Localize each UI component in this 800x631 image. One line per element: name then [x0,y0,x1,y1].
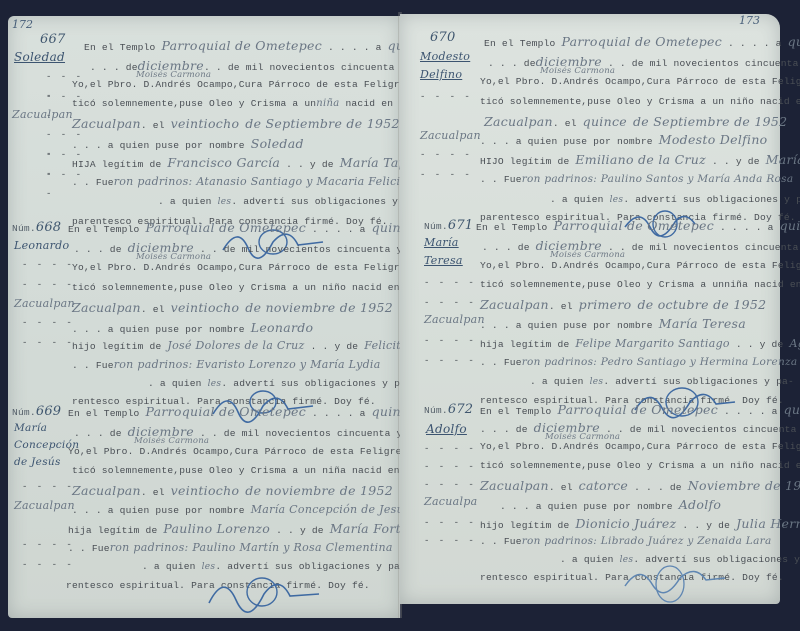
typed-text: de [557,520,569,531]
baptism-day: quince [784,402,800,417]
typed-text: . . de mil novecientos cincuenta y [608,242,800,253]
birth-day: veintiocho [171,116,240,131]
father-name: Emiliano de la Cruz [575,152,706,167]
typed-text: . el [553,118,577,129]
typed-text: . a quien [550,194,604,205]
temple-name: Parroquial de Ometepec [145,220,306,235]
typed-text: . . . . a [328,42,382,53]
baptism-day: quince [788,34,800,49]
birth-day: primero [579,297,632,312]
child-gender: niña [316,98,339,109]
typed-text: . a quien [530,376,584,387]
typed-text: ticó solemnemente,puse Oleo y Crisma a u… [72,282,316,293]
typed-text: . advertí sus obligaciones y pa- [231,196,422,207]
typed-text: ticó solemnemente,puse Oleo y Crisma a u… [480,96,724,107]
sign-note: les [218,197,232,207]
typed-text: . . . . a [312,224,366,235]
margin-dashes: - - - - [424,332,476,351]
typed-text: . el [549,301,573,312]
priest-signature [204,568,324,618]
typed-text: . . . de [74,244,122,255]
typed-text: nacid [352,465,382,476]
entry-number: 668 [36,220,61,235]
typed-text: En el Templo [476,222,548,233]
margin-place: Zacualpan [14,294,75,313]
page-folio-number: 173 [739,14,760,27]
typed-text: En el Templo [68,408,140,419]
typed-text: de [149,341,161,352]
given-name: María Concepción de Jesús [251,503,410,516]
mother-name: Agustina de Jesús [789,337,800,350]
margin-place: Zacualpan [424,310,485,329]
margin-dashes: - - - - [424,352,476,371]
birth-day: quince [583,114,627,129]
margin-place: Zacualpan [12,105,73,124]
margin-name: Modesto Delfino [420,48,480,84]
margin-dashes: - - - - [22,478,74,497]
typed-text: . . . a quien puse por nombre [72,505,245,516]
typed-text: nacid [760,96,790,107]
birthplace: Zacualpan [480,297,549,312]
child-role: hijo [72,341,96,352]
godparents: ron padrinos: Pedro Santiago y Hermina L… [522,356,798,368]
birth-day: catorce [579,478,628,493]
typed-text: Yo,el Pbro. D.Andrés Ocampo,Cura Párroco… [68,442,449,461]
typed-text: . . de mil novecientos cincuenta y [200,428,403,439]
margin-name: Adolfo [426,420,467,439]
child-gender: niño [322,282,346,293]
mother-name: María Margarita [766,152,800,167]
typed-text: . . y de [682,520,730,531]
godparents: ron padrinos: Librado Juárez y Zenaida L… [522,535,772,547]
birth-date: Noviembre de 1952 [688,478,800,493]
typed-text: . . . de [634,482,682,493]
entry-number: 669 [36,404,61,419]
typed-text: legítim [510,339,552,350]
num-label: Núm. [424,221,448,232]
typed-text: en . . . [790,279,800,290]
typed-text: . . . de [480,424,528,435]
typed-text: . a quien [560,554,614,565]
typed-text: Yo,el Pbro. D.Andrés Ocampo,Cura Párroco… [72,258,453,277]
margin-name: María Concepción de Jesús [14,420,74,471]
typed-text: . . . . a [312,408,366,419]
typed-text: en . . . [796,460,800,471]
margin-dashes: - - - - [424,440,476,459]
page-folio-number: 172 [12,18,33,31]
typed-text: . . . de [90,62,138,73]
typed-text: nacid [754,279,784,290]
child-gender: niño [730,96,754,107]
typed-text: . el [141,487,165,498]
left-page: 172 667 Soledad - - - - - - - - Zacualpa… [8,16,400,618]
typed-text: . . Fue [480,536,522,547]
typed-text: . . Fue [68,543,110,554]
typed-text: de [145,525,157,536]
godparents: ron padrinos: Paulino Santos y María And… [522,173,794,185]
margin-place: Zacualpan [14,496,75,515]
child-gender: niña [322,465,346,476]
typed-text: ticó solemnemente,puse Oleo y Crisma a u… [72,465,316,476]
typed-text: nacid [345,98,375,109]
birth-day: veintiocho [171,483,240,498]
typed-text: . el [549,482,573,493]
typed-text: . el [141,120,165,131]
typed-text: nacid [352,282,382,293]
typed-text: legítim [102,159,144,170]
typed-text: . . Fue [480,357,522,368]
typed-text: . . . a quien puse por nombre [72,140,245,151]
open-register-book: 172 667 Soledad - - - - - - - - Zacualpa… [8,12,794,618]
child-gender: niña [724,279,748,290]
margin-dashes: - - - - [424,458,476,477]
typed-text: . . Fue [72,360,114,371]
given-name: Leonardo [251,320,314,335]
child-role: hija [480,339,504,350]
given-name: Adolfo [679,497,722,512]
priest-signature [620,556,730,611]
margin-dashes: - - - - [424,532,476,551]
godparents: ron padrinos: Atanasio Santiago y Macari… [114,175,422,188]
birth-date: de noviembre de 1952 [245,483,393,498]
typed-text: legítim [98,525,140,536]
right-page: 173 670 Modesto Delfino - - - - Zacualpa… [400,14,780,604]
typed-text: . . . a quien puse por nombre [72,324,245,335]
margin-dashes: - - - - [420,166,472,185]
typed-text: en . . . [796,96,800,107]
typed-text: ticó solemnemente,puse Oleo y Crisma a u… [480,460,724,471]
child-role: hija [68,525,92,536]
margin-place: Zacualpan [420,126,481,145]
num-label: Núm. [12,407,36,418]
typed-text: nacid [760,460,790,471]
margin-dashes: - - - - [22,256,74,275]
num-label: Núm. [424,405,448,416]
temple-name: Parroquial de Ometepec [161,38,322,53]
margin-place: Zacualpa [424,492,478,511]
entry-number: 667 [40,30,65,49]
birthplace: Zacualpan [72,300,141,315]
child-role: HIJA [72,159,96,170]
typed-text: legítim [510,520,552,531]
given-name: María Teresa [659,316,746,331]
typed-text: . . . a quien puse por nombre [480,136,653,147]
typed-text: Yo,el Pbro. D.Andrés Ocampo,Cura Párroco… [72,75,453,94]
given-name: Modesto Delfino [659,132,768,147]
typed-text: . . y de [712,156,760,167]
typed-text: . . y de [286,159,334,170]
mother-name: Julia Hernández [736,516,800,531]
typed-text: . a quien [148,378,202,389]
typed-text: . . . . a [724,406,778,417]
typed-text: En el Templo [484,38,556,49]
typed-text: legítim [102,341,144,352]
typed-text: . . . a quien puse por nombre [480,320,653,331]
baptism-day: quince [780,218,800,233]
typed-text: En el Templo [84,42,156,53]
typed-text: . . . . a [720,222,774,233]
typed-text: . . de mil novecientos cincuenta y [200,244,403,255]
typed-text: . . y de [276,525,324,536]
margin-name: Soledad [14,48,65,67]
typed-text: . . . . a [728,38,782,49]
entry-number: 670 [430,28,455,47]
entry-number: 671 [448,218,473,233]
typed-text: . . Fue [72,177,114,188]
temple-name: Parroquial de Ometepec [145,404,306,419]
typed-text: . . de mil novecientos cincuenta y [204,62,407,73]
birthplace: Zacualpan [72,116,141,131]
typed-text: . . . a quien puse por nombre [500,501,673,512]
margin-dashes: - - - - [22,556,74,575]
sign-note: les [590,377,604,387]
birth-date: de Septiembre de 1952 [245,116,399,131]
father-name: Felipe Margarito Santiago [575,337,729,350]
margin-dashes: - - - - [22,536,74,555]
typed-text: legítim [510,156,552,167]
typed-text: . a quien [142,561,196,572]
typed-text: . el [141,304,165,315]
typed-text: . . de mil novecientos cincuenta y [608,58,800,69]
typed-text: . . de mil novecientos cincuenta y [606,424,800,435]
godparents: ron padrinos: Paulino Martín y Rosa Clem… [110,541,393,554]
typed-text: . . . de [74,428,122,439]
typed-text: . . . de [488,58,536,69]
typed-text: . . Fue [480,174,522,185]
birthplace: Zacualpan [480,478,549,493]
num-label: Núm. [12,223,36,234]
margin-dashes: - - - - [420,146,472,165]
birth-date: de noviembre de 1952 [245,300,393,315]
father-name: José Dolores de la Cruz [167,339,304,352]
typed-text: Yo,el Pbro. D.Andrés Ocampo,Cura Párroco… [480,437,800,456]
birthplace: Zacualpan [484,114,553,129]
father-name: Paulino Lorenzo [163,521,270,536]
birth-date: de octubre de 1952 [637,297,766,312]
margin-dashes: - - - - [22,276,74,295]
child-role: HIJO [480,156,504,167]
typed-text: ticó solemnemente,puse Oleo y Crisma a u… [72,98,316,109]
father-name: Dionicio Juárez [575,516,676,531]
typed-text: Yo,el Pbro. D.Andrés Ocampo,Cura Párroco… [480,72,800,91]
typed-text: . . y de [736,339,784,350]
typed-text: En el Templo [480,406,552,417]
typed-text: . . y de [311,341,359,352]
typed-text: ticó solemnemente,puse Oleo y Crisma a u… [480,279,724,290]
typed-text: . . . de [482,242,530,253]
typed-text: . a quien [158,196,212,207]
typed-text: Yo,el Pbro. D.Andrés Ocampo,Cura Párroco… [480,256,800,275]
birth-day: veintiocho [171,300,240,315]
margin-dashes: - - - - [420,88,472,107]
typed-text: de [149,159,161,170]
birthplace: Zacualpan [72,483,141,498]
given-name: Soledad [251,136,304,151]
typed-text: de [557,156,569,167]
temple-name: Parroquial de Ometepec [553,218,714,233]
typed-text: de [557,339,569,350]
margin-dashes: - - - - [424,514,476,533]
entry-number: 672 [448,402,473,417]
child-gender: niño [730,460,754,471]
birth-date: de Septiembre de 1952 [633,114,787,129]
child-role: hijo [480,520,504,531]
margin-name: Leonardo [14,236,69,255]
margin-name: María Teresa [424,234,474,270]
margin-dashes: - - - - [424,274,476,293]
margin-dashes: - - - - [22,334,74,353]
margin-dashes: - - - - [22,314,74,333]
typed-text: En el Templo [68,224,140,235]
father-name: Francisco García [167,155,280,170]
temple-name: Parroquial de Ometepec [561,34,722,49]
temple-name: Parroquial de Ometepec [557,402,718,417]
godparents: ron padrinos: Evaristo Lorenzo y María L… [114,358,381,371]
